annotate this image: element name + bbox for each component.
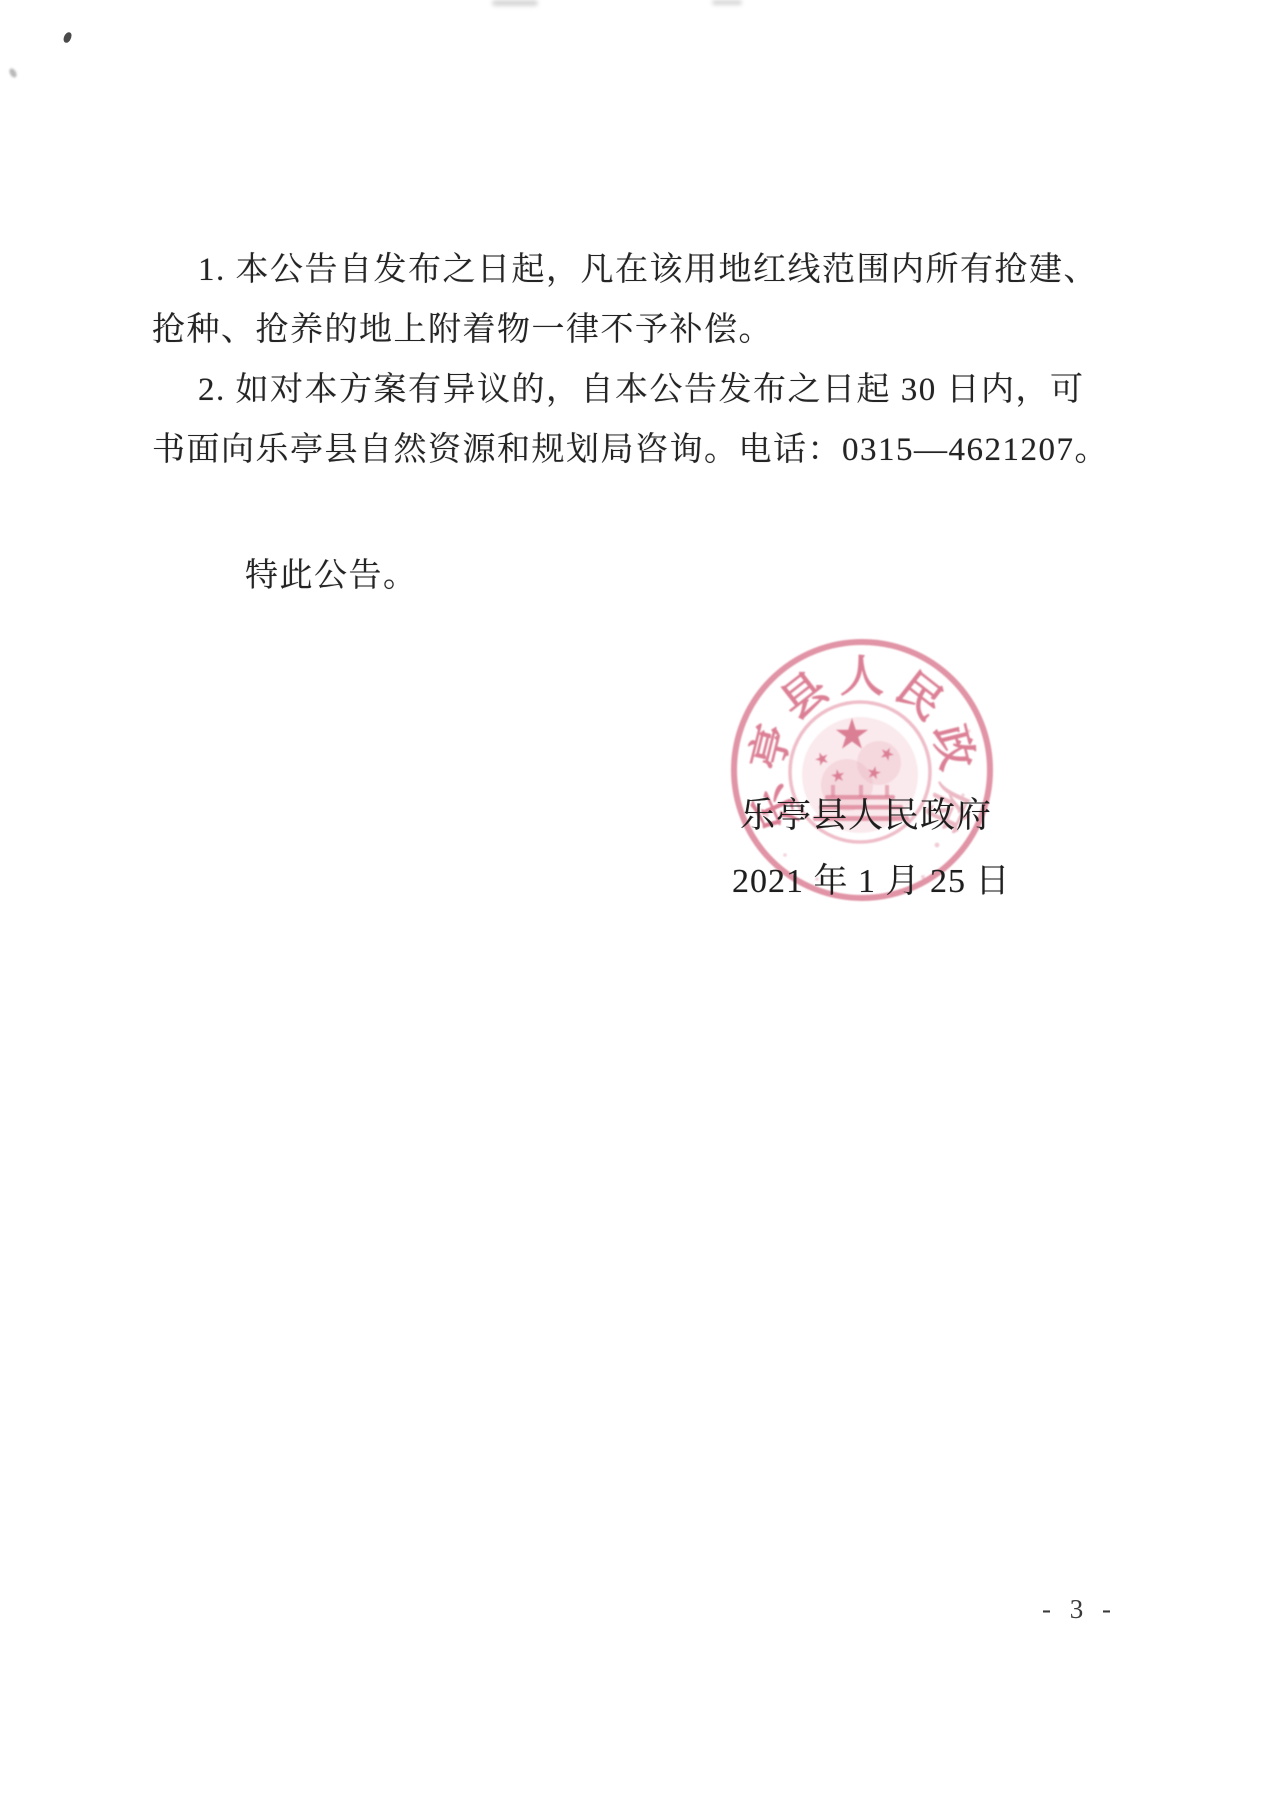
page-number: - 3 - [1042, 1594, 1117, 1625]
svg-text:人: 人 [840, 652, 884, 701]
scan-smudge [712, 0, 742, 5]
scan-speckle [8, 67, 18, 79]
notice-paragraph-2-line-1: 2. 如对本方案有异议的，自本公告发布之日起 30 日内，可 [198, 363, 1085, 410]
scanned-notice-page: 1. 本公告自发布之日起，凡在该用地红线范围内所有抢建、 抢种、抢养的地上附着物… [0, 0, 1280, 1802]
svg-text:亭: 亭 [742, 720, 800, 775]
notice-paragraph-2-line-2: 书面向乐亭县自然资源和规划局咨询。电话：0315—4621207。 [152, 423, 1109, 470]
notice-paragraph-1-line-1: 1. 本公告自发布之日起，凡在该用地红线范围内所有抢建、 [198, 243, 1098, 290]
scan-speckle [62, 31, 72, 44]
notice-closing-statement: 特此公告。 [245, 549, 418, 596]
svg-text:政: 政 [924, 720, 982, 775]
scan-smudge [492, 0, 538, 6]
signature-issuer: 乐亭县人民政府 [740, 788, 992, 838]
signature-date: 2021 年 1 月 25 日 [732, 853, 1011, 902]
notice-paragraph-1-line-2: 抢种、抢养的地上附着物一律不予补偿。 [152, 303, 773, 350]
